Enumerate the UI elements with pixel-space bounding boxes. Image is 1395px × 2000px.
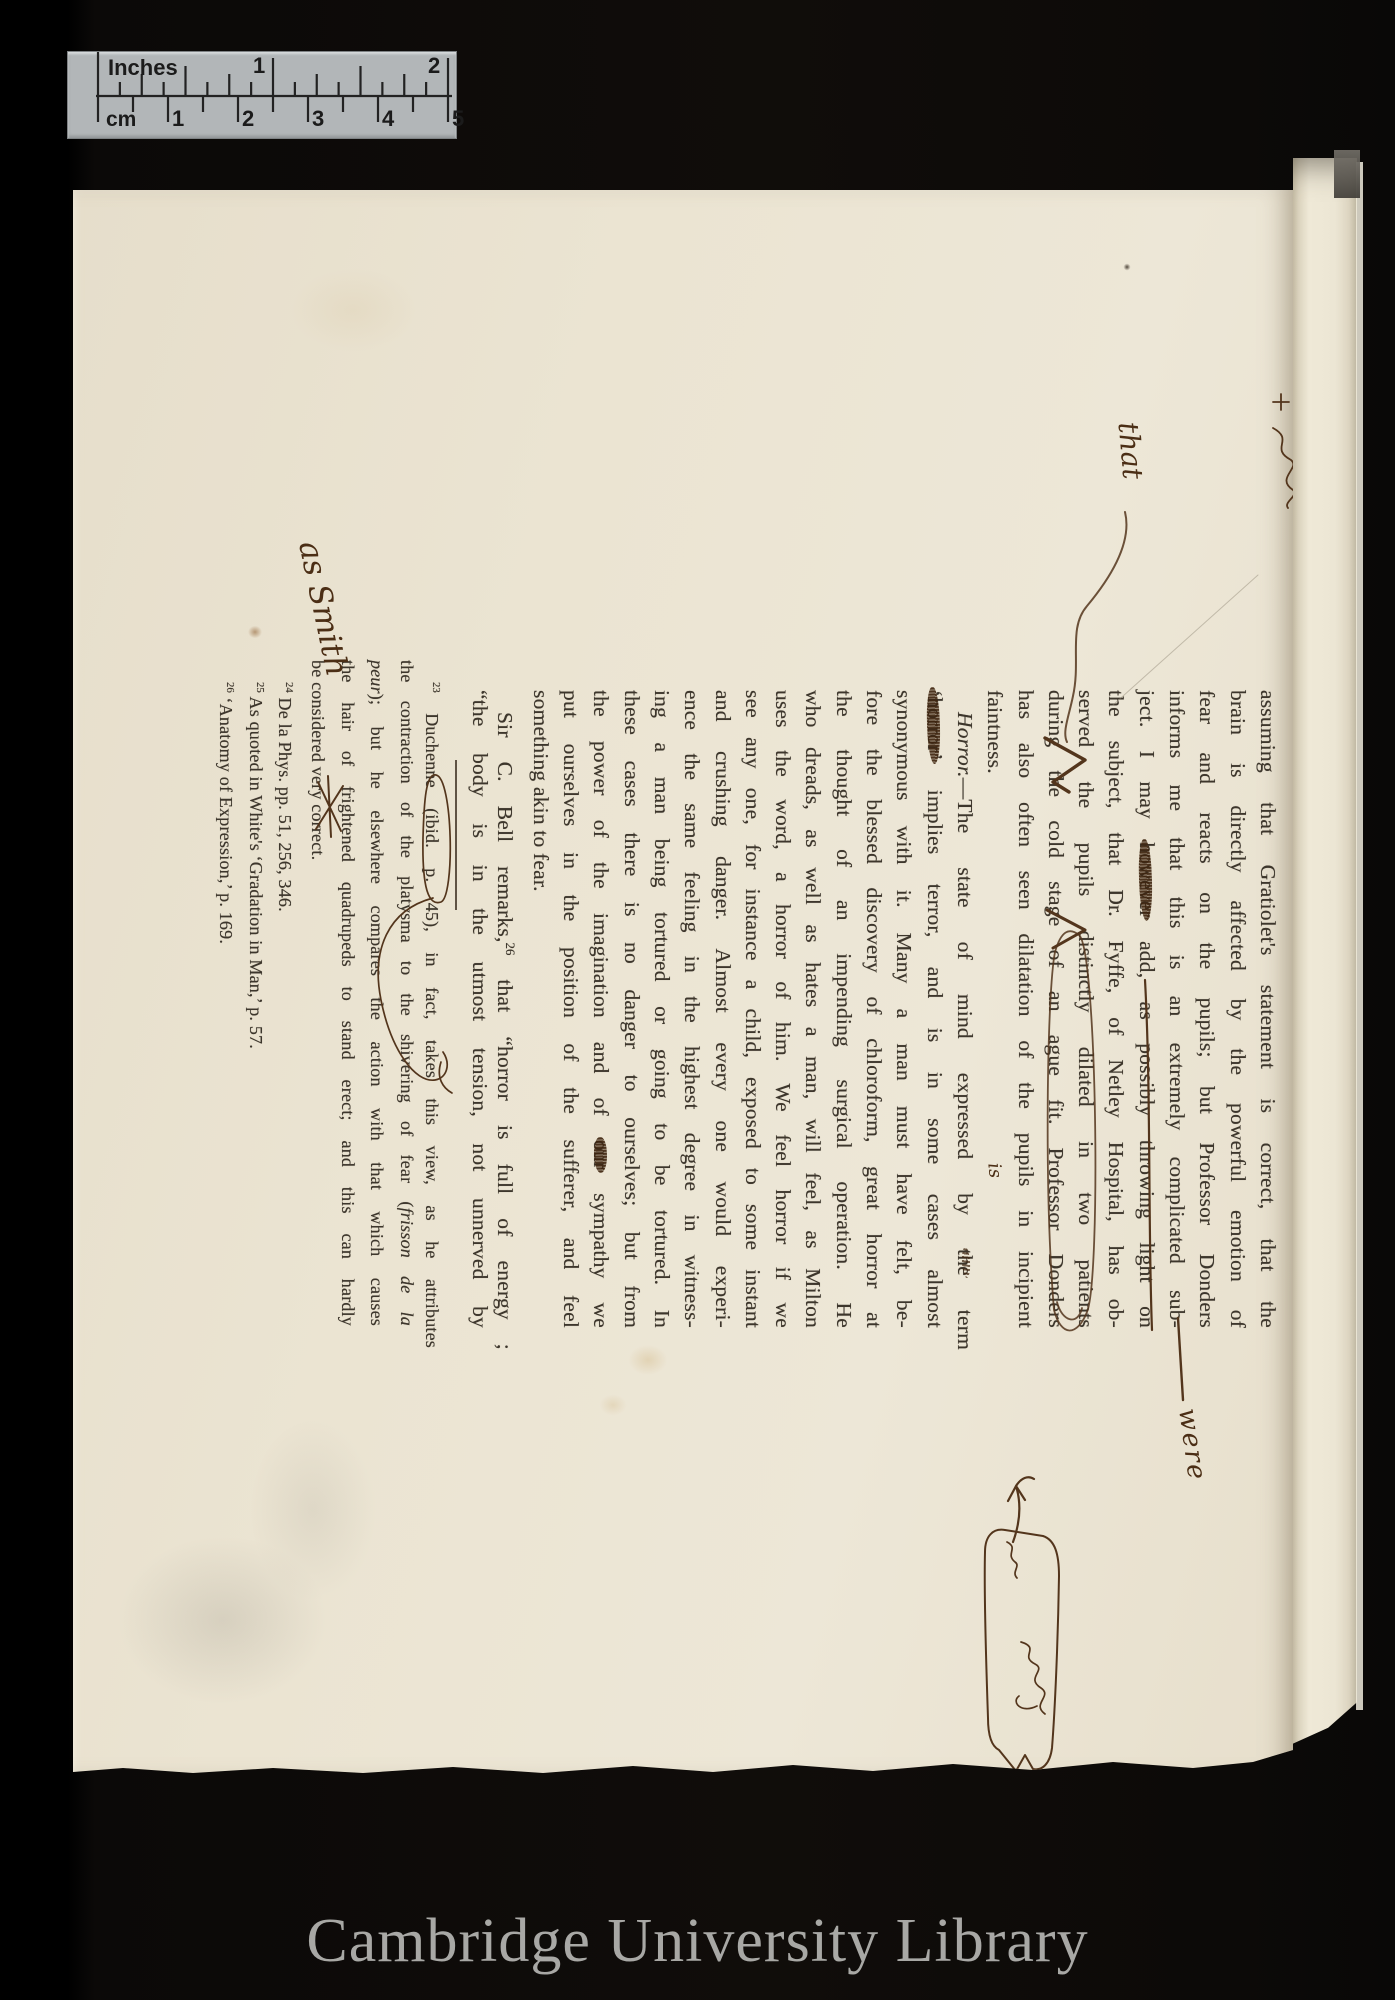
page-content-rotated: assuming that Gratiolet's statement is c… [73, 190, 1293, 1774]
ink-strike-line [1145, 980, 1152, 1330]
ruler-cm-label: cm [106, 108, 136, 132]
scratch-mark [1113, 575, 1258, 705]
ruler-cm-number: 1 [172, 106, 184, 132]
ink-bracket-scribble [1016, 1642, 1045, 1714]
ruler: Inches cm 1212345 [68, 52, 456, 138]
ruler-inches-label: Inches [108, 55, 178, 81]
ruler-inch-number: 2 [428, 53, 440, 79]
ink-footnote-loop [423, 775, 450, 903]
ink-top-scribble [1273, 394, 1293, 508]
ink-footnote-balloon [378, 898, 447, 1080]
ruler-cm-number: 5 [452, 106, 464, 132]
ruler-inch-number: 1 [253, 53, 265, 79]
ink-bracket [985, 1530, 1059, 1771]
proof-page: assuming that Gratiolet's statement is c… [73, 190, 1293, 1774]
ink-x-strike [316, 776, 343, 837]
ruler-cm-number: 3 [312, 106, 324, 132]
library-watermark: Cambridge University Library [0, 1906, 1395, 1977]
ruler-cm-number: 4 [382, 106, 394, 132]
ink-caret [1047, 910, 1085, 948]
ink-phrase-oval-loop [1057, 1302, 1082, 1319]
ruler-cm-number: 2 [242, 106, 254, 132]
photo-stage: Inches cm 1212345 assuming that Gratiole… [0, 0, 1395, 2000]
ink-connector-line [1065, 512, 1126, 742]
page-edge-highlight [1356, 162, 1363, 1710]
page-edge-top [1334, 150, 1360, 198]
facing-page-edge [1293, 158, 1357, 1750]
ink-bracket-scribble [1007, 1542, 1017, 1578]
ink-phrase-oval [1048, 931, 1096, 1330]
ink-caret [1045, 738, 1085, 792]
ink-marks-overlay [73, 190, 1293, 1774]
ink-margin-dash [1178, 1318, 1183, 1400]
